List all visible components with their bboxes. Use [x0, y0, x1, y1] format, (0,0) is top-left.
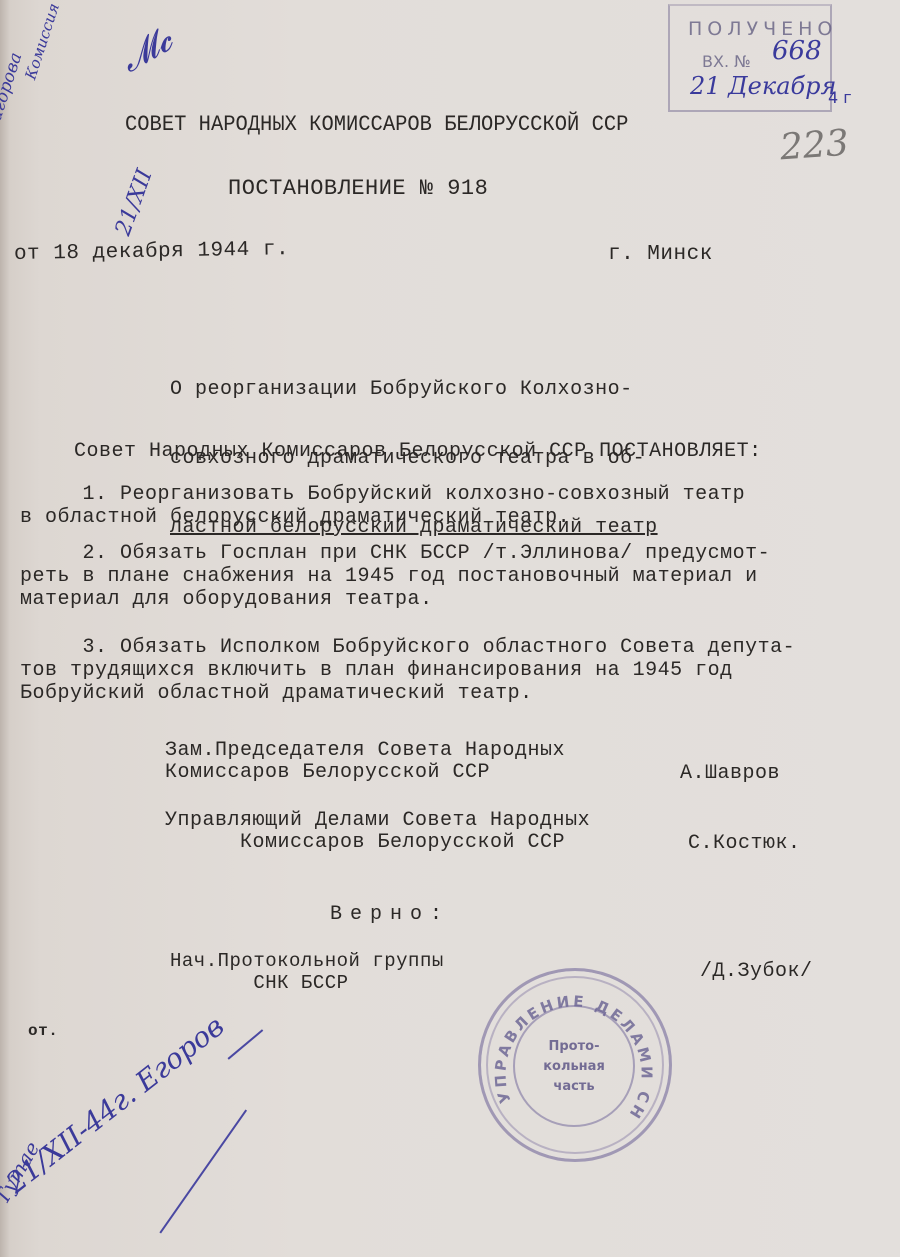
paragraph-3: 3. Обязать Исполком Бобруйского областно…	[20, 636, 795, 705]
seal-center-line: кольная	[515, 1057, 633, 1077]
decree-city: г. Минск	[608, 243, 713, 266]
seal-center-line: Прото-	[515, 1037, 633, 1057]
paragraph-1: 1. Реорганизовать Бобруйский колхозно-со…	[20, 483, 745, 529]
sheet-number: 223	[779, 123, 850, 169]
received-number: 668	[772, 36, 822, 66]
certified-label: Верно:	[330, 903, 450, 926]
signatory-1-title: Зам.Председателя Совета Народных Комисса…	[165, 740, 565, 784]
received-year: 4 г	[828, 88, 852, 107]
certifier-title: Нач.Протокольной группы СНК БССР	[170, 950, 444, 994]
round-seal: УПРАВЛЕНИЕ ДЕЛАМИ СНК БССР Прото-кольная…	[478, 968, 672, 1162]
received-date: 21 Декабря	[690, 72, 836, 100]
handwritten-date-note: 21/XII	[111, 166, 158, 239]
signatory-2-title: Управляющий Делами Совета Народных Комис…	[165, 810, 590, 854]
decree-date: от 18 декабря 1944 г.	[14, 238, 290, 266]
handwritten-margin-note: Загорова	[0, 50, 26, 133]
pen-stroke	[159, 1109, 246, 1233]
seal-inner-circle: Прото-кольнаячасть	[513, 1005, 635, 1127]
seal-center-text: Прото-кольнаячасть	[515, 1037, 633, 1097]
certifier-name: /Д.Зубок/	[700, 960, 813, 983]
received-stamp: ПОЛУЧЕНО ВХ. № 668 21 Декабря 4 г	[668, 4, 832, 112]
signatory-1-name: А.Шавров	[680, 762, 780, 785]
pen-stroke-2	[228, 1029, 263, 1059]
subject-line-1: О реорганизации Бобруйского Колхозно-	[170, 378, 658, 401]
signatory-2-name: С.Костюк.	[688, 832, 801, 855]
issuer-heading: СОВЕТ НАРОДНЫХ КОМИССАРОВ БЕЛОРУССКОЙ СС…	[125, 112, 628, 137]
handwritten-margin-note-2: Комиссия	[21, 1, 63, 82]
footer-mark: от.	[28, 1022, 58, 1040]
received-number-label: ВХ. №	[702, 52, 751, 71]
handwritten-signature-top: 𝓜𝓬	[114, 19, 180, 80]
preamble: Совет Народных Комиссаров Белорусской СС…	[74, 440, 762, 463]
seal-center-line: часть	[515, 1077, 633, 1097]
decree-title: ПОСТАНОВЛЕНИЕ № 918	[228, 176, 488, 201]
paragraph-2: 2. Обязать Госплан при СНК БССР /т.Эллин…	[20, 542, 770, 611]
